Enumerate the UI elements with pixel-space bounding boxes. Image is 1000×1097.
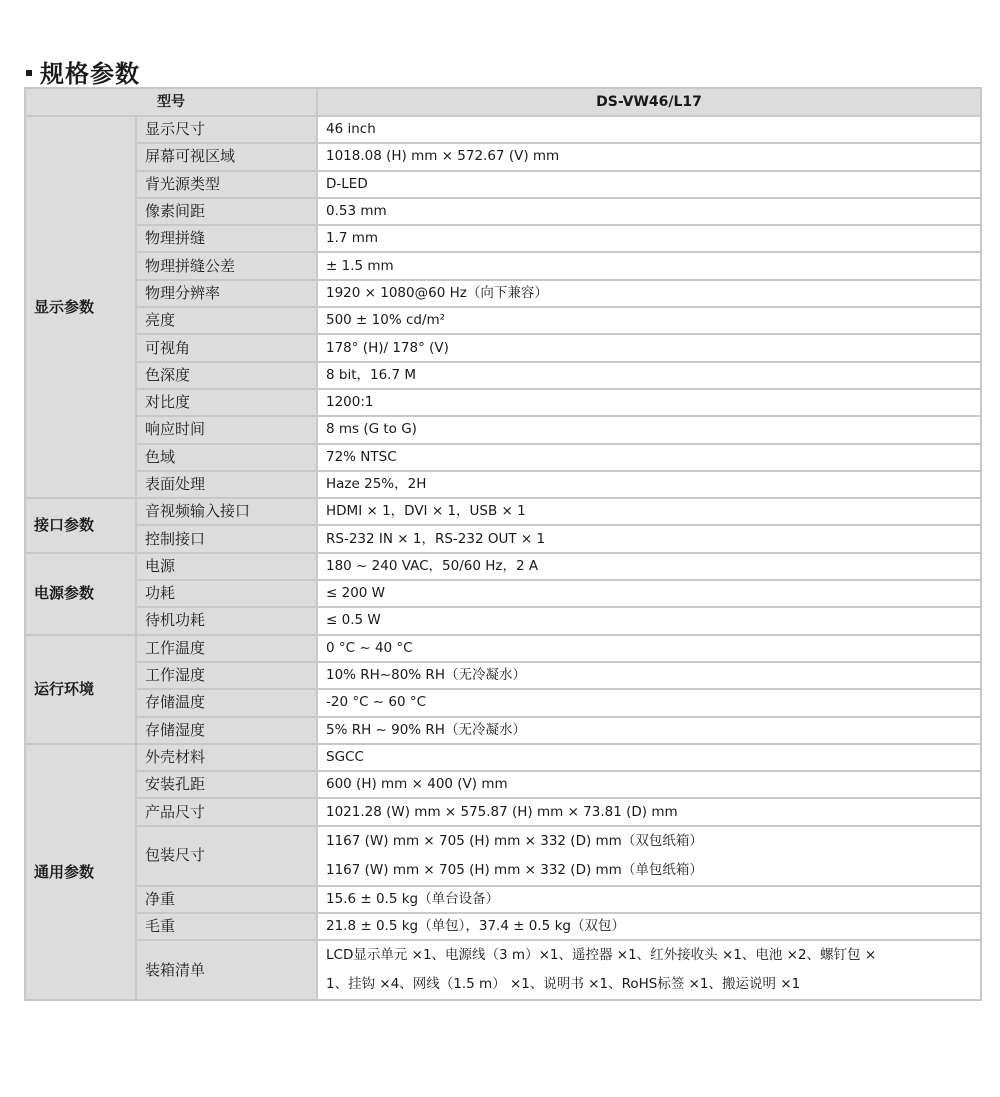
row-label: 装箱清单 xyxy=(136,940,317,1000)
row-label: 色域 xyxy=(136,444,317,471)
row-value: 15.6 ± 0.5 kg（单台设备） xyxy=(317,886,981,913)
row-value: 21.8 ± 0.5 kg（单包），37.4 ± 0.5 kg（双包） xyxy=(317,913,981,940)
row-label: 对比度 xyxy=(136,389,317,416)
table-row: 控制接口RS-232 IN × 1，RS-232 OUT × 1 xyxy=(25,525,981,552)
row-value: 180 ~ 240 VAC，50/60 Hz，2 A xyxy=(317,553,981,580)
table-row: 色深度8 bit，16.7 M xyxy=(25,362,981,389)
table-row: 背光源类型D-LED xyxy=(25,171,981,198)
table-row: 存储湿度5% RH ~ 90% RH（无冷凝水） xyxy=(25,717,981,744)
row-value: 1018.08 (H) mm × 572.67 (V) mm xyxy=(317,143,981,170)
row-value: 8 ms (G to G) xyxy=(317,416,981,443)
row-label: 显示尺寸 xyxy=(136,116,317,143)
row-value: ≤ 200 W xyxy=(317,580,981,607)
row-value: 1200:1 xyxy=(317,389,981,416)
row-value: RS-232 IN × 1，RS-232 OUT × 1 xyxy=(317,525,981,552)
table-row: 对比度1200:1 xyxy=(25,389,981,416)
row-value: Haze 25%，2H xyxy=(317,471,981,498)
row-label: 工作温度 xyxy=(136,635,317,662)
table-row: 通用参数 外壳材料 SGCC xyxy=(25,744,981,771)
table-row: 像素间距0.53 mm xyxy=(25,198,981,225)
row-label: 存储湿度 xyxy=(136,717,317,744)
row-value: 500 ± 10% cd/m² xyxy=(317,307,981,334)
row-value: -20 °C ~ 60 °C xyxy=(317,689,981,716)
row-value: 1021.28 (W) mm × 575.87 (H) mm × 73.81 (… xyxy=(317,798,981,825)
row-label: 亮度 xyxy=(136,307,317,334)
row-value: 0.53 mm xyxy=(317,198,981,225)
row-value: 72% NTSC xyxy=(317,444,981,471)
row-value: ≤ 0.5 W xyxy=(317,607,981,634)
row-label: 响应时间 xyxy=(136,416,317,443)
table-row: 显示参数 显示尺寸 46 inch xyxy=(25,116,981,143)
value-line: 1167 (W) mm × 705 (H) mm × 332 (D) mm（单包… xyxy=(326,856,972,885)
row-value: 600 (H) mm × 400 (V) mm xyxy=(317,771,981,798)
row-value: 5% RH ~ 90% RH（无冷凝水） xyxy=(317,717,981,744)
row-value: 8 bit，16.7 M xyxy=(317,362,981,389)
table-row: 接口参数 音视频输入接口 HDMI × 1，DVI × 1，USB × 1 xyxy=(25,498,981,525)
row-label: 包装尺寸 xyxy=(136,826,317,886)
table-row: 装箱清单 LCD显示单元 ×1、电源线（3 m）×1、遥控器 ×1、红外接收头 … xyxy=(25,940,981,1000)
row-value: ± 1.5 mm xyxy=(317,252,981,279)
row-label: 色深度 xyxy=(136,362,317,389)
page-title-text: 规格参数 xyxy=(40,54,140,89)
row-label: 可视角 xyxy=(136,334,317,361)
table-row: 可视角178° (H)/ 178° (V) xyxy=(25,334,981,361)
table-row: 待机功耗≤ 0.5 W xyxy=(25,607,981,634)
row-label: 像素间距 xyxy=(136,198,317,225)
bullet-icon xyxy=(26,70,32,76)
row-value: 1920 × 1080@60 Hz（向下兼容） xyxy=(317,280,981,307)
group-label-display: 显示参数 xyxy=(25,116,136,498)
value-line: 1167 (W) mm × 705 (H) mm × 332 (D) mm（双包… xyxy=(326,827,972,856)
table-header-row: 型号 DS-VW46/L17 xyxy=(25,88,981,116)
row-label: 物理分辨率 xyxy=(136,280,317,307)
row-value: SGCC xyxy=(317,744,981,771)
row-label: 物理拼缝公差 xyxy=(136,252,317,279)
table-row: 工作湿度10% RH~80% RH（无冷凝水） xyxy=(25,662,981,689)
row-label: 存储温度 xyxy=(136,689,317,716)
row-value: 1167 (W) mm × 705 (H) mm × 332 (D) mm（双包… xyxy=(317,826,981,886)
row-value: D-LED xyxy=(317,171,981,198)
row-value: 46 inch xyxy=(317,116,981,143)
row-label: 音视频输入接口 xyxy=(136,498,317,525)
row-label: 表面处理 xyxy=(136,471,317,498)
row-value: 10% RH~80% RH（无冷凝水） xyxy=(317,662,981,689)
row-label: 毛重 xyxy=(136,913,317,940)
row-label: 控制接口 xyxy=(136,525,317,552)
table-row: 色域72% NTSC xyxy=(25,444,981,471)
table-row: 安装孔距600 (H) mm × 400 (V) mm xyxy=(25,771,981,798)
row-label: 净重 xyxy=(136,886,317,913)
table-row: 毛重21.8 ± 0.5 kg（单包），37.4 ± 0.5 kg（双包） xyxy=(25,913,981,940)
header-model: DS-VW46/L17 xyxy=(317,88,981,116)
table-row: 功耗≤ 200 W xyxy=(25,580,981,607)
row-value: HDMI × 1，DVI × 1，USB × 1 xyxy=(317,498,981,525)
spec-table: 型号 DS-VW46/L17 显示参数 显示尺寸 46 inch 屏幕可视区域1… xyxy=(24,87,982,1001)
group-label-general: 通用参数 xyxy=(25,744,136,1000)
table-row: 表面处理Haze 25%，2H xyxy=(25,471,981,498)
row-label: 电源 xyxy=(136,553,317,580)
row-value: 178° (H)/ 178° (V) xyxy=(317,334,981,361)
table-row: 存储温度-20 °C ~ 60 °C xyxy=(25,689,981,716)
value-line: 1、挂钩 ×4、网线（1.5 m） ×1、说明书 ×1、RoHS标签 ×1、搬运… xyxy=(326,970,972,999)
row-label: 背光源类型 xyxy=(136,171,317,198)
table-row: 包装尺寸 1167 (W) mm × 705 (H) mm × 332 (D) … xyxy=(25,826,981,886)
group-label-environment: 运行环境 xyxy=(25,635,136,744)
table-row: 净重15.6 ± 0.5 kg（单台设备） xyxy=(25,886,981,913)
row-label: 物理拼缝 xyxy=(136,225,317,252)
row-label: 待机功耗 xyxy=(136,607,317,634)
row-label: 产品尺寸 xyxy=(136,798,317,825)
table-row: 产品尺寸1021.28 (W) mm × 575.87 (H) mm × 73.… xyxy=(25,798,981,825)
page-title: 规格参数 xyxy=(26,54,140,89)
row-label: 功耗 xyxy=(136,580,317,607)
row-label: 工作湿度 xyxy=(136,662,317,689)
table-row: 响应时间8 ms (G to G) xyxy=(25,416,981,443)
group-label-interface: 接口参数 xyxy=(25,498,136,553)
header-label: 型号 xyxy=(25,88,317,116)
row-label: 外壳材料 xyxy=(136,744,317,771)
table-row: 物理分辨率1920 × 1080@60 Hz（向下兼容） xyxy=(25,280,981,307)
value-line: LCD显示单元 ×1、电源线（3 m）×1、遥控器 ×1、红外接收头 ×1、电池… xyxy=(326,941,972,970)
row-label: 屏幕可视区域 xyxy=(136,143,317,170)
table-row: 屏幕可视区域1018.08 (H) mm × 572.67 (V) mm xyxy=(25,143,981,170)
table-row: 物理拼缝1.7 mm xyxy=(25,225,981,252)
row-value: LCD显示单元 ×1、电源线（3 m）×1、遥控器 ×1、红外接收头 ×1、电池… xyxy=(317,940,981,1000)
table-row: 亮度500 ± 10% cd/m² xyxy=(25,307,981,334)
table-row: 电源参数 电源 180 ~ 240 VAC，50/60 Hz，2 A xyxy=(25,553,981,580)
row-value: 1.7 mm xyxy=(317,225,981,252)
table-row: 运行环境 工作温度 0 °C ~ 40 °C xyxy=(25,635,981,662)
row-value: 0 °C ~ 40 °C xyxy=(317,635,981,662)
group-label-power: 电源参数 xyxy=(25,553,136,635)
table-row: 物理拼缝公差± 1.5 mm xyxy=(25,252,981,279)
row-label: 安装孔距 xyxy=(136,771,317,798)
